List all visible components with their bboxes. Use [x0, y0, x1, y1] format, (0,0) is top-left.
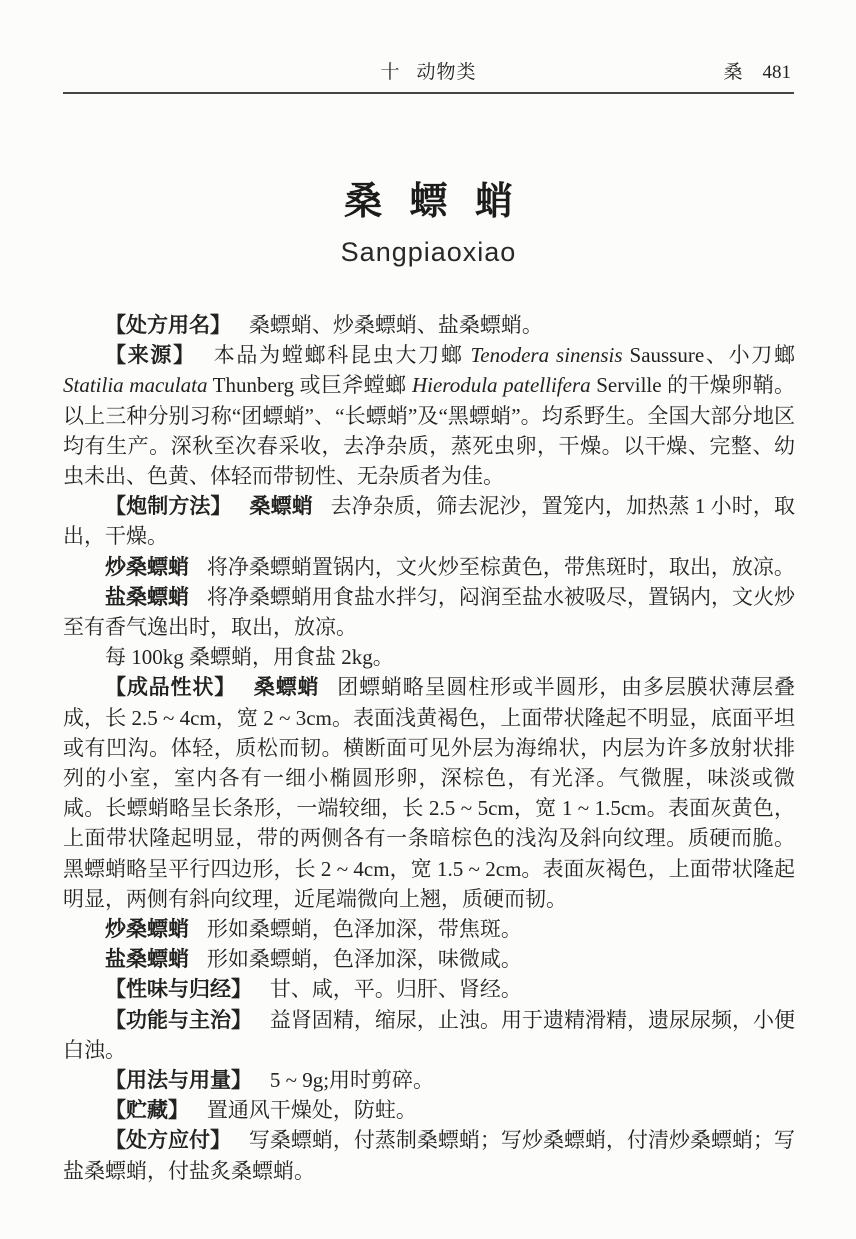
drug-subname: 盐桑螵蛸: [105, 947, 189, 971]
text-run: Thunberg 或巨斧螳螂: [207, 373, 412, 397]
para-source: 【来源】本品为螳螂科昆虫大刀螂 Tenodera sinensis Saussu…: [63, 340, 795, 491]
species-name-latin: Statilia maculata: [63, 373, 207, 397]
text-run: 将净桑螵蛸置锅内，文火炒至棕黄色，带焦斑时，取出，放凉。: [207, 555, 795, 579]
section-label: 【贮藏】: [105, 1098, 189, 1122]
article-title-block: 桑螵蛸 Sangpiaoxiao: [63, 170, 794, 268]
drug-subname: 桑螵蛸: [254, 675, 320, 699]
para-taste-meridian: 【性味与归经】甘、咸，平。归肝、肾经。: [63, 974, 795, 1004]
text-run: 5 ~ 9g;用时剪碎。: [270, 1068, 434, 1092]
scanned-book-page: 十动物类 桑481 桑螵蛸 Sangpiaoxiao 【处方用名】桑螵蛸、炒桑螵…: [0, 0, 856, 1239]
para-dosage: 【用法与用量】5 ~ 9g;用时剪碎。: [63, 1065, 795, 1095]
section-label: 【处方用名】: [105, 313, 231, 337]
chapter-heading: 十动物类: [63, 57, 794, 84]
section-label: 【成品性状】: [105, 675, 236, 699]
para-salt-ratio: 每 100kg 桑螵蛸，用食盐 2kg。: [63, 642, 795, 672]
para-characteristics-salt: 盐桑螵蛸形如桑螵蛸，色泽加深，味微咸。: [63, 944, 795, 974]
para-processing: 【炮制方法】桑螵蛸去净杂质，筛去泥沙，置笼内，加热蒸 1 小时，取出，干燥。: [63, 491, 795, 551]
text-run: 本品为螳螂科昆虫大刀螂: [214, 343, 471, 367]
section-label: 【炮制方法】: [105, 494, 232, 518]
section-label: 【处方应付】: [105, 1128, 231, 1152]
chapter-name: 动物类: [417, 62, 477, 83]
page-indicator: 桑481: [723, 57, 791, 84]
text-run: Saussure、小刀螂: [623, 343, 795, 367]
species-name-latin: Tenodera sinensis: [471, 343, 623, 367]
para-processing-stirfried: 炒桑螵蛸将净桑螵蛸置锅内，文火炒至棕黄色，带焦斑时，取出，放凉。: [63, 552, 795, 582]
running-header: 十动物类 桑481: [63, 57, 794, 83]
header-rule: [63, 92, 794, 94]
para-storage: 【贮藏】置通风干燥处，防蛀。: [63, 1095, 795, 1125]
chapter-number: 十: [380, 62, 400, 83]
text-run: 团螵蛸略呈圆柱形或半圆形，由多层膜状薄层叠成，长 2.5 ~ 4cm，宽 2 ~…: [63, 675, 795, 910]
page-number: 481: [763, 62, 792, 83]
drug-subname: 炒桑螵蛸: [105, 555, 189, 579]
section-label: 【来源】: [105, 343, 196, 367]
section-label: 【用法与用量】: [105, 1068, 252, 1092]
text-run: 形如桑螵蛸，色泽加深，味微咸。: [207, 947, 522, 971]
para-prescription-names: 【处方用名】桑螵蛸、炒桑螵蛸、盐桑螵蛸。: [63, 310, 795, 340]
text-run: 桑螵蛸、炒桑螵蛸、盐桑螵蛸。: [249, 313, 543, 337]
drug-subname: 盐桑螵蛸: [105, 585, 189, 609]
text-run: 甘、咸，平。归肝、肾经。: [270, 977, 522, 1001]
drug-subname: 桑螵蛸: [249, 494, 312, 518]
text-run: 置通风干燥处，防蛀。: [207, 1098, 417, 1122]
para-characteristics-stirfried: 炒桑螵蛸形如桑螵蛸，色泽加深，带焦斑。: [63, 914, 795, 944]
text-run: 每 100kg 桑螵蛸，用食盐 2kg。: [105, 645, 394, 669]
para-functions: 【功能与主治】益肾固精，缩尿，止浊。用于遗精滑精，遗尿尿频，小便白浊。: [63, 1005, 795, 1065]
species-name-latin: Hierodula patellifera: [412, 373, 591, 397]
text-run: 形如桑螵蛸，色泽加深，带焦斑。: [207, 917, 522, 941]
section-character: 桑: [723, 62, 742, 83]
article-body: 【处方用名】桑螵蛸、炒桑螵蛸、盐桑螵蛸。 【来源】本品为螳螂科昆虫大刀螂 Ten…: [63, 310, 795, 1186]
section-label: 【功能与主治】: [105, 1008, 252, 1032]
article-title: 桑螵蛸: [90, 170, 794, 225]
para-dispensing: 【处方应付】写桑螵蛸，付蒸制桑螵蛸；写炒桑螵蛸，付清炒桑螵蛸；写盐桑螵蛸，付盐炙…: [63, 1125, 795, 1185]
para-characteristics: 【成品性状】桑螵蛸团螵蛸略呈圆柱形或半圆形，由多层膜状薄层叠成，长 2.5 ~ …: [63, 672, 795, 914]
drug-subname: 炒桑螵蛸: [105, 917, 189, 941]
para-processing-salt: 盐桑螵蛸将净桑螵蛸用食盐水拌匀，闷润至盐水被吸尽，置锅内，文火炒至有香气逸出时，…: [63, 582, 795, 642]
article-title-pinyin: Sangpiaoxiao: [63, 237, 794, 268]
section-label: 【性味与归经】: [105, 977, 252, 1001]
